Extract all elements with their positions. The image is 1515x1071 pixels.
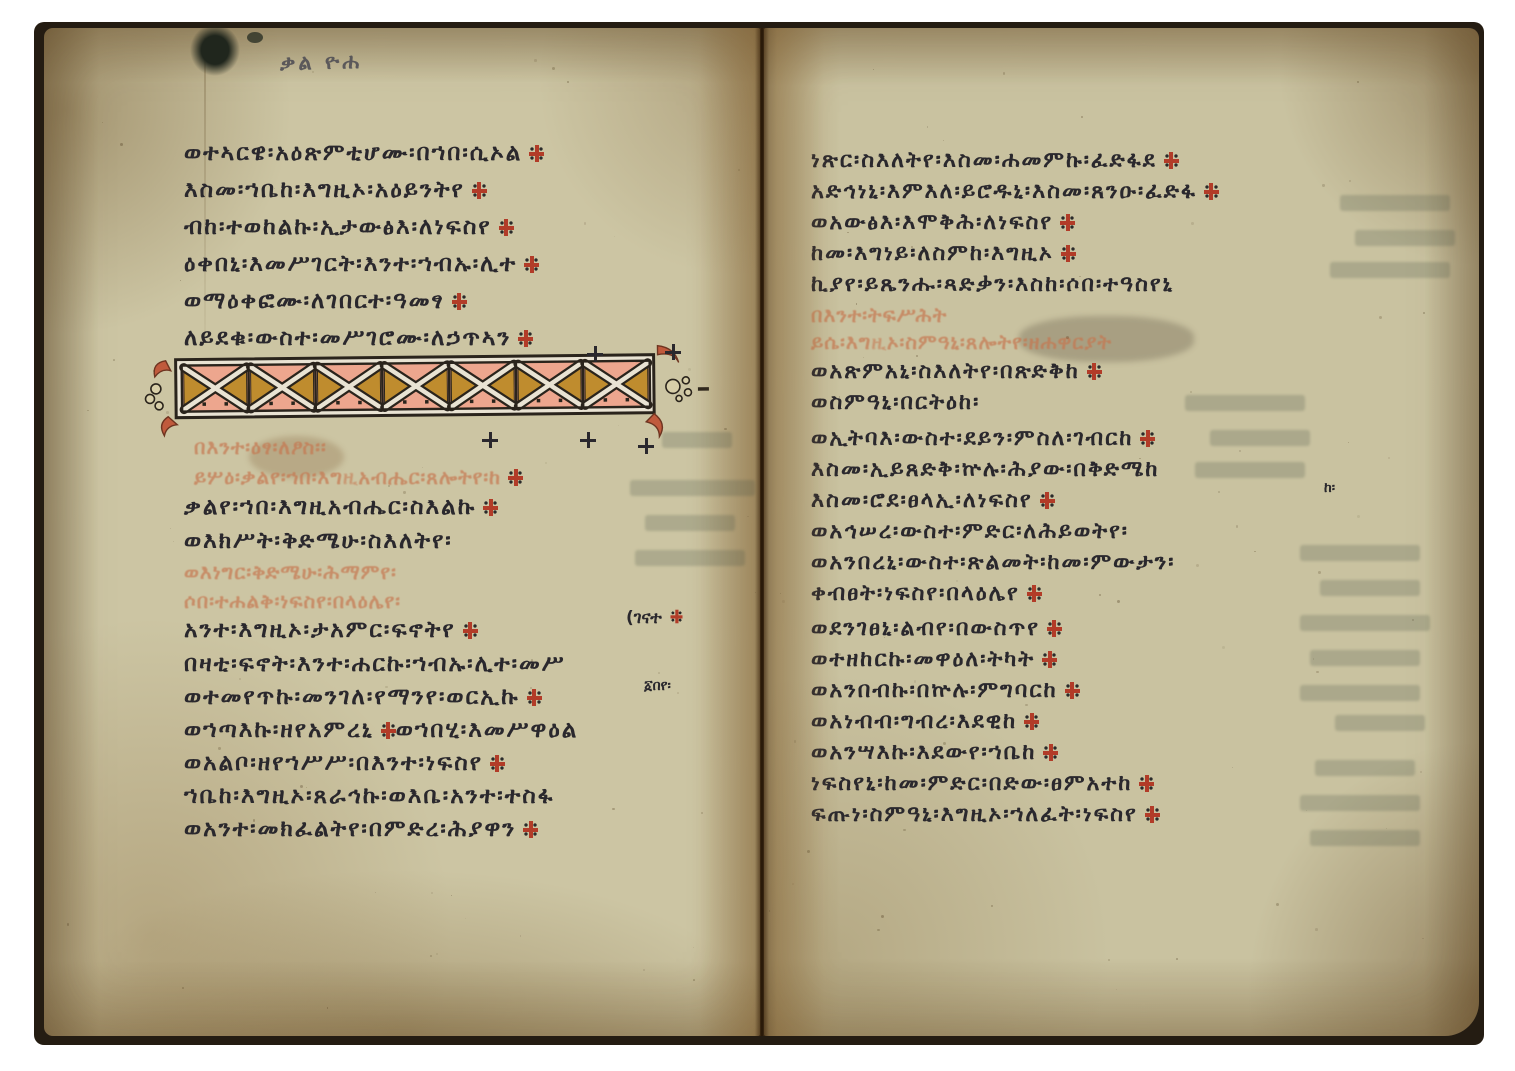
text-line: ወአነብብ፡ግብረ፡እደዊከ (811, 709, 1219, 740)
cross-ornament-icon (587, 346, 603, 362)
paragraph-cross-icon (1060, 214, 1075, 231)
geez-text-run: ቀብፀት፡ነፍስየ፡በላዕሌየ (811, 581, 1020, 606)
speck (693, 979, 695, 981)
text-line: ወአውፅእ፡እሞቅሕ፡ለነፍስየ (811, 210, 1219, 241)
right-page-text-block: ነጽር፡ስእለትየ፡እስመ፡ሐመምኩ፡ፈድፋደአድኅነኒ፡እምእለ፡ይሮዱኒ፡እ… (811, 148, 1219, 833)
bleed-through-ghost (1310, 650, 1420, 666)
geez-text-run: ወተኣርዌ፡አዕጽምቲሆሙ፡በኀበ፡ሲኦል (184, 140, 522, 166)
text-line: ወማዕቀፎሙ፡ለገበርተ፡ዓመፃ (184, 288, 544, 325)
text-line: ወኀጣእኩ፡ዘየአምረኒወኀበሂ፡እመሥዋዕል (184, 717, 578, 750)
paragraph-cross-icon (508, 469, 523, 486)
speck (903, 829, 905, 831)
paragraph-cross-icon (483, 499, 498, 516)
speck (239, 678, 241, 680)
speck (545, 462, 547, 464)
paragraph-cross-icon (529, 145, 544, 162)
text-line: ኀቤከ፡እግዚኦ፡ጸራኅኩ፡ወእቤ፡አንተ፡ተስፋ (184, 783, 578, 816)
paragraph-cross-icon (1139, 775, 1154, 792)
geez-text-run: ወአንበብኩ፡በኵሉ፡ምግባርከ (811, 678, 1058, 703)
geez-text-run: ወኢትባእ፡ውስተ፡ደይን፡ምስለ፡ገብርከ (811, 426, 1133, 451)
geez-text-run: ወአንበረኒ፡ውስተ፡ጽልመት፡ከመ፡ምውታን፡ (811, 550, 1175, 575)
speck (838, 653, 841, 656)
paragraph-cross-icon (1042, 651, 1057, 668)
text-line: አንተ፡እግዚኦ፡ታአምር፡ፍኖትየ (184, 617, 578, 651)
paragraph-cross-icon (1027, 585, 1042, 602)
text-line: ነጽር፡ስእለትየ፡እስመ፡ሐመምኩ፡ፈድፋደ (811, 148, 1219, 179)
speck (102, 122, 103, 123)
bleed-through-ghost (1300, 545, 1420, 561)
geez-text-run: ወኀጣእኩ፡ዘየአምረኒ (184, 717, 374, 743)
bleed-through-ghost (1300, 685, 1420, 701)
speck (1191, 222, 1194, 225)
speck (312, 71, 313, 72)
bleed-through-ghost (1300, 615, 1430, 631)
text-line: በዛቲ፡ፍኖት፡እንተ፡ሐርኩ፡ኀብኡ፡ሊተ፡መሥ (184, 651, 578, 684)
speck (693, 947, 694, 948)
speck (1239, 450, 1241, 452)
speck (403, 491, 405, 493)
text-line: ወአንበረኒ፡ውስተ፡ጽልመት፡ከመ፡ምውታን፡ (811, 550, 1219, 581)
bleed-through-ghost (1335, 715, 1425, 731)
paragraph-cross-icon (1065, 682, 1080, 699)
speck (701, 812, 703, 814)
speck (782, 600, 785, 603)
speck (584, 222, 587, 225)
geez-text-run: ወማዕቀፎሙ፡ለገበርተ፡ዓመፃ (184, 288, 445, 314)
paragraph-cross-icon (1204, 183, 1219, 200)
paragraph-cross-icon (1047, 620, 1062, 637)
bleed-through-ghost (645, 515, 735, 531)
text-line: ወተኣርዌ፡አዕጽምቲሆሙ፡በኀበ፡ሲኦል (184, 140, 544, 177)
speck (218, 747, 220, 749)
geez-text-run: ዕቀበኒ፡እመሥገርት፡እንተ፡ኀብኡ፡ሊተ (184, 251, 517, 277)
bleed-through-ghost (1310, 830, 1420, 846)
speck (375, 892, 376, 893)
speck (534, 59, 537, 62)
geez-text-run: ነጽር፡ስእለትየ፡እስመ፡ሐመምኩ፡ፈድፋደ (811, 148, 1157, 173)
speck (881, 915, 884, 918)
geez-text-run: ወደንገፀኒ፡ልብየ፡በውስጥየ (811, 616, 1040, 641)
speck (431, 892, 433, 894)
text-line: እስመ፡ኢይጸድቅ፡ኵሉ፡ሕያው፡በቅድሜከ (811, 457, 1219, 488)
speck (1318, 571, 1321, 574)
speck (182, 987, 184, 989)
text-line: በእንተ፡ትፍሥሕት (811, 303, 1219, 330)
text-line: በእንተ፡ዕፃ፡ለፆስ፡፡ (194, 435, 523, 465)
bleed-through-ghost (1185, 395, 1305, 411)
geez-text-run: ከመ፡እግነይ፡ለስምከ፡እግዚኦ (811, 241, 1054, 266)
speck (943, 742, 946, 745)
geez-text-run: እስመ፡ኀቤከ፡እግዚኦ፡አዕይንትየ (184, 177, 465, 203)
geez-text-run: እስመ፡ኢይጸድቅ፡ኵሉ፡ሕያው፡በቅድሜከ (811, 457, 1159, 482)
geez-text-run: ወአንሣእኩ፡እደውየ፡ኀቤከ (811, 740, 1036, 765)
speck (530, 687, 531, 688)
paragraph-cross-icon (527, 689, 542, 706)
header-annotation: ቃል ዮሐ (280, 49, 363, 76)
speck (300, 785, 303, 788)
speck (1108, 959, 1110, 961)
speck (1025, 704, 1028, 707)
right-page: ነጽር፡ስእለትየ፡እስመ፡ሐመምኩ፡ፈድፋደአድኅነኒ፡እምእለ፡ይሮዱኒ፡እ… (764, 28, 1479, 1036)
geez-text-run: አድኅነኒ፡እምእለ፡ይሮዱኒ፡እስመ፡ጸንዑ፡ፈድፋ (811, 179, 1197, 204)
paragraph-cross-icon (1024, 713, 1039, 730)
text-line: ፍጡነ፡ስምዓኒ፡እግዚኦ፡ኀለፈት፡ነፍስየ (811, 802, 1219, 833)
text-line: አድኅነኒ፡እምእለ፡ይሮዱኒ፡እስመ፡ጸንዑ፡ፈድፋ (811, 179, 1219, 210)
geez-text-run: በዛቲ፡ፍኖት፡እንተ፡ሐርኩ፡ኀብኡ፡ሊተ፡መሥ (184, 651, 566, 677)
speck (120, 143, 123, 146)
geez-text-run: ወእክሥት፡ቅድሜሁ፡ስእለትየ፡ (184, 528, 453, 554)
bleed-through-ghost (1330, 262, 1450, 278)
speck (794, 740, 797, 743)
speck (916, 355, 918, 357)
text-line: ወአልቦ፡ዘየኀሥሥ፡በእንተ፡ነፍስየ (184, 750, 578, 783)
text-line: ወተመየጥኩ፡መንገለ፡የማንየ፡ወርኢኩ (184, 684, 578, 717)
speck (658, 672, 660, 674)
speck (1003, 72, 1005, 74)
speck (1222, 646, 1225, 649)
geez-text-run: ወአልቦ፡ዘየኀሥሥ፡በእንተ፡ነፍስየ (184, 750, 483, 776)
text-line: ቃልየ፡ኀበ፡እግዚአብሔር፡ስእልኩ (184, 494, 578, 528)
speck (724, 428, 726, 430)
gutter-line (755, 28, 769, 1036)
marginal-note: (ገናተ (626, 608, 684, 628)
speck (1040, 529, 1041, 530)
band-panels (182, 361, 650, 412)
text-line: ወአንተ፡መክፈልትየ፡በምድረ፡ሕያዋን (184, 816, 578, 849)
geez-text-run: ወአኅሠረ፡ውስተ፡ምድር፡ለሕይወትየ፡ (811, 519, 1129, 544)
bleed-through-ghost (630, 480, 755, 496)
paragraph-cross-icon (1043, 744, 1058, 761)
bleed-through-ghost (1300, 795, 1420, 811)
geez-text-run: ቃልየ፡ኀበ፡እግዚአብሔር፡ስእልኩ (184, 494, 476, 520)
text-line: ነፍስየኒ፡ከመ፡ምድር፡በድው፡ፀምአተከ (811, 771, 1219, 802)
speck (1232, 767, 1233, 768)
speck (67, 923, 70, 926)
speck (166, 411, 169, 414)
manuscript-photo: ቃል ዮሐ ወተኣርዌ፡አዕጽምቲሆሙ፡በኀበ፡ሲኦልእስመ፡ኀቤከ፡እግዚኦ፡… (0, 0, 1515, 1071)
text-line: እስመ፡ኀቤከ፡እግዚኦ፡አዕይንትየ (184, 177, 544, 214)
speck (1276, 903, 1279, 906)
ink-blot-small (247, 32, 263, 43)
text-line: ከመ፡እግነይ፡ለስምከ፡እግዚኦ (811, 241, 1219, 272)
paragraph-cross-icon (499, 219, 514, 236)
text-line: ወአኅሠረ፡ውስተ፡ምድር፡ለሕይወትየ፡ (811, 519, 1219, 550)
paragraph-cross-icon (524, 256, 539, 273)
speck (643, 969, 645, 971)
geez-text-run: ኪያየ፡ይጼንሑ፡ጻድቃን፡እስከ፡ሶበ፡ተዓስየኒ (811, 272, 1174, 297)
text-line: ወደንገፀኒ፡ልብየ፡በውስጥየ (811, 616, 1219, 647)
geez-text-run: ወተዘከርኩ፡መዋዕለ፡ትካት (811, 647, 1035, 672)
speck (1236, 525, 1238, 527)
band-left-finial (145, 361, 177, 436)
geez-text-run: እስመ፡ሮደ፡ፀላኢ፡ለነፍስየ (811, 488, 1033, 513)
text-line: ወእክሥት፡ቅድሜሁ፡ስእለትየ፡ (184, 528, 578, 560)
speck (991, 905, 992, 906)
speck (907, 534, 910, 537)
geez-text-run: ሶበ፡ተሐልቅ፡ነፍስየ፡በላዕሌየ፡ (184, 589, 401, 613)
speck (1322, 184, 1324, 186)
speck (677, 692, 679, 694)
geez-text-run: ወእነግር፡ቅድሜሁ፡ሕማምየ፡ (184, 560, 397, 584)
speck (918, 815, 920, 817)
text-line: ብከ፡ተወከልኩ፡ኢታውፅእ፡ለነፍስየ (184, 214, 544, 251)
ink-blot (190, 24, 240, 76)
speck (943, 140, 944, 141)
geez-text-run: አንተ፡እግዚኦ፡ታአምር፡ፍኖትየ (184, 617, 456, 643)
text-line: ወኢትባእ፡ውስተ፡ደይን፡ምስለ፡ገብርከ (811, 426, 1219, 457)
paragraph-cross-icon (670, 610, 682, 624)
text-line: ዕቀበኒ፡እመሥገርት፡እንተ፡ኀብኡ፡ሊተ (184, 251, 544, 288)
cross-ornament-icon (665, 344, 681, 360)
paragraph-cross-icon (1145, 806, 1160, 823)
text-line: ወእነግር፡ቅድሜሁ፡ሕማምየ፡ (184, 560, 578, 589)
text-line: ይሴ፡እግዚኦ፡ስምዓኒ፡ጸሎትየ፡ዘሐዋርያት (811, 330, 1219, 359)
paragraph-cross-icon (452, 293, 467, 310)
text-line: ወስምዓኒ፡በርትዕከ፡ (811, 390, 1219, 421)
speck (153, 370, 155, 372)
geez-text-run: ፍጡነ፡ስምዓኒ፡እግዚኦ፡ኀለፈት፡ነፍስየ (811, 802, 1138, 827)
text-line: ወአጽምአኒ፡ስእለትየ፡በጽድቅከ (811, 359, 1219, 390)
geez-text-run: ወተመየጥኩ፡መንገለ፡የማንየ፡ወርኢኩ (184, 684, 520, 710)
speck (1315, 928, 1318, 931)
geez-text-run: ነፍስየኒ፡ከመ፡ምድር፡በድው፡ፀምአተከ (811, 771, 1132, 796)
paragraph-cross-icon (381, 722, 396, 739)
speck (1176, 958, 1178, 960)
bleed-through-ghost (635, 550, 745, 566)
geez-text-run: በእንተ፡ዕፃ፡ለፆስ፡፡ (194, 435, 327, 459)
interlinear-note: ፩በየ፡ (644, 678, 671, 694)
left-page-rubric-block: በእንተ፡ዕፃ፡ለፆስ፡፡ይሦዕ፡ቃልየ፡ኀበ፡እግዚአብሔር፡ጸሎትየ፡ከ (194, 435, 523, 495)
bleed-through-ghost (1315, 760, 1415, 776)
geez-text-run: ይሴ፡እግዚኦ፡ስምዓኒ፡ጸሎትየ፡ዘሐዋርያት (811, 330, 1112, 354)
geez-text-run: (ገናተ (626, 608, 662, 628)
geez-text-run: ይሦዕ፡ቃልየ፡ኀበ፡እግዚአብሔር፡ጸሎትየ፡ከ (194, 465, 501, 489)
paragraph-cross-icon (1061, 245, 1076, 262)
speck (113, 359, 115, 361)
paragraph-cross-icon (490, 755, 505, 772)
text-line: ኪያየ፡ይጼንሑ፡ጻድቃን፡እስከ፡ሶበ፡ተዓስየኒ (811, 272, 1219, 303)
text-line: ወተዘከርኩ፡መዋዕለ፡ትካት (811, 647, 1219, 678)
speck (927, 126, 928, 127)
text-line: ወአንሣእኩ፡እደውየ፡ኀቤከ (811, 740, 1219, 771)
bleed-through-ghost (1340, 195, 1450, 211)
paragraph-cross-icon (472, 182, 487, 199)
interlinear-note: ከ፡ (1324, 480, 1335, 496)
speck (1066, 336, 1069, 339)
speck (531, 659, 533, 661)
speck (87, 410, 88, 411)
bleed-through-ghost (1210, 430, 1310, 446)
text-line: ቀብፀት፡ነፍስየ፡በላዕሌየ (811, 581, 1219, 612)
text-line: ወአንበብኩ፡በኵሉ፡ምግባርከ (811, 678, 1219, 709)
speck (388, 485, 390, 487)
paragraph-cross-icon (1087, 363, 1102, 380)
text-line: እስመ፡ሮደ፡ፀላኢ፡ለነፍስየ (811, 488, 1219, 519)
bleed-through-ghost (662, 432, 732, 448)
speck (856, 303, 857, 304)
paragraph-cross-icon (1164, 152, 1179, 169)
speck (451, 895, 452, 896)
speck (934, 377, 935, 378)
cross-ornament-icon (580, 432, 596, 448)
text-line: ሶበ፡ተሐልቅ፡ነፍስየ፡በላዕሌየ፡ (184, 589, 578, 617)
left-page-lower-text-block: ቃልየ፡ኀበ፡እግዚአብሔር፡ስእልኩወእክሥት፡ቅድሜሁ፡ስእለትየ፡ወእነግ… (184, 494, 578, 849)
left-page: ቃል ዮሐ ወተኣርዌ፡አዕጽምቲሆሙ፡በኀበ፡ሲኦልእስመ፡ኀቤከ፡እግዚኦ፡… (44, 28, 760, 1036)
paragraph-cross-icon (463, 622, 478, 639)
speck (614, 236, 615, 237)
speck (914, 680, 917, 683)
paragraph-cross-icon (1040, 492, 1055, 509)
paragraph-cross-icon (1140, 430, 1155, 447)
bleed-through-ghost (1355, 230, 1455, 246)
bleed-through-ghost (1320, 580, 1420, 596)
geez-text-run: ብከ፡ተወከልኩ፡ኢታውፅእ፡ለነፍስየ (184, 214, 492, 240)
geez-text-run: ኀቤከ፡እግዚኦ፡ጸራኅኩ፡ወእቤ፡አንተ፡ተስፋ (184, 783, 554, 809)
paragraph-cross-icon (523, 821, 538, 838)
speck (873, 69, 874, 70)
cross-ornament-icon (638, 438, 654, 454)
geez-text-run: ወኀበሂ፡እመሥዋዕል (396, 717, 579, 743)
geez-text-run: ወአጽምአኒ፡ስእለትየ፡በጽድቅከ (811, 359, 1080, 384)
bleed-through-ghost (1195, 462, 1305, 478)
text-line: ይሦዕ፡ቃልየ፡ኀበ፡እግዚአብሔር፡ጸሎትየ፡ከ (194, 465, 523, 495)
geez-text-run: ወአነብብ፡ግብረ፡እደዊከ (811, 709, 1017, 734)
geez-text-run: ወአንተ፡መክፈልትየ፡በምድረ፡ሕያዋን (184, 816, 516, 842)
